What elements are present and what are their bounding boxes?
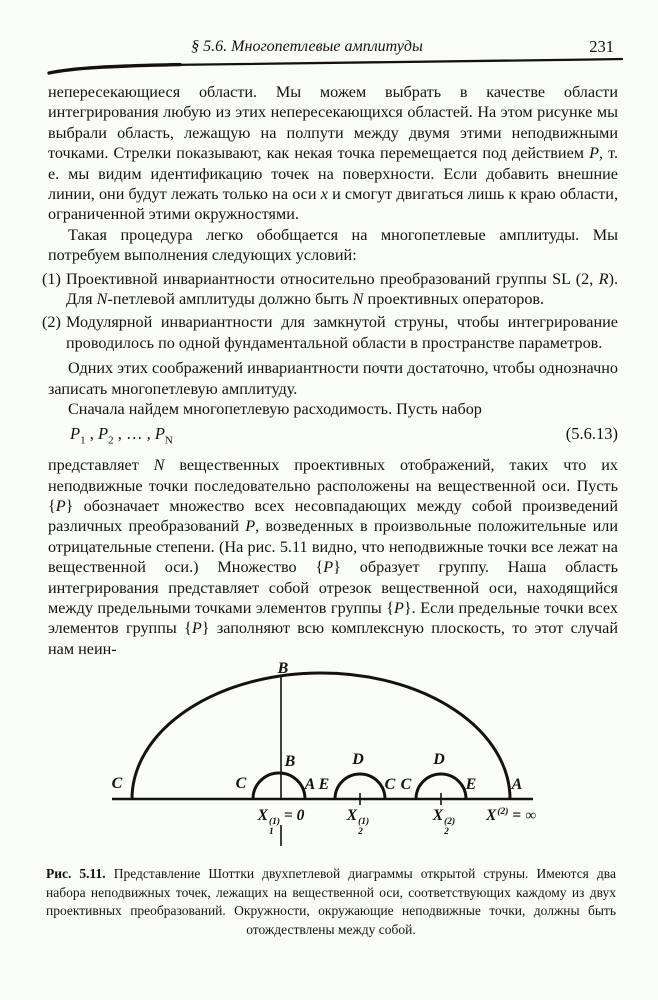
figure-label-c2-left: E (319, 777, 330, 793)
equation-5-6-13: P1 , P2 , … , PN (5.6.13) (48, 424, 618, 451)
header-rule-flourish (49, 65, 180, 73)
math-var: X (433, 807, 443, 824)
figure-label-c1-left: C (236, 776, 247, 792)
figure-label-c1-top: B (285, 754, 296, 770)
math-var: P (394, 599, 404, 617)
figure-label-c3-top: D (433, 752, 445, 768)
math-subsup: (1)1 (269, 818, 280, 838)
math-var: P (98, 424, 108, 443)
page-header: § 5.6. Многопетлевые амплитуды 231 (0, 0, 658, 76)
figure-label-arc-left: C (112, 776, 123, 792)
figure-label-c2-top: D (352, 752, 364, 768)
list-item-text: Модулярной инвариантности для замкнутой … (66, 312, 618, 353)
math-sup: (2) (497, 807, 508, 817)
figure-label-c1-right: A (305, 777, 316, 793)
caption-text: Представление Шоттки двухпетлевой диагра… (46, 866, 616, 937)
book-page: § 5.6. Многопетлевые амплитуды 231 непер… (0, 0, 658, 1000)
text-run: , (86, 424, 98, 443)
axis-label-x1: X(1)1 = 0 (258, 807, 305, 838)
figure-label-arc-right: A (512, 777, 523, 793)
math-var: N (353, 290, 364, 308)
text-run: Проективной инвариантности относительно … (66, 270, 599, 288)
math-sub: 2 (358, 828, 363, 838)
body-text: непересекающиеся области. Мы можем выбра… (48, 82, 618, 659)
figure-5-11: C B A C B A E D C C D E X(1)1 = 0 X(1)2 … (0, 663, 658, 855)
paragraph-3: Одних этих соображений инвариантности по… (48, 358, 618, 399)
axis-label-eq: = ∞ (508, 807, 536, 824)
text-run: , … , (114, 424, 155, 443)
list-marker: (1) (42, 269, 66, 310)
text-run: представляет (48, 456, 154, 474)
axis-label-x2: X(1)2 (347, 807, 369, 838)
header-rule (0, 0, 658, 78)
math-var: R (599, 270, 609, 288)
math-var: P (192, 619, 202, 637)
axis-label-x4: X(2) = ∞ (486, 807, 536, 824)
math-var: X (347, 807, 357, 824)
list-item-1: (1) Проективной инвариантности относител… (48, 269, 618, 310)
text-run: Модулярной инвариантности для замкнутой … (66, 313, 618, 351)
figure-drawing (0, 663, 658, 855)
math-var: X (486, 807, 496, 824)
figure-label-arc-top: B (278, 661, 289, 677)
math-subsup: (1)2 (358, 818, 369, 838)
math-var: P (155, 424, 165, 443)
axis-label-eq: = 0 (280, 807, 304, 824)
math-var: X (258, 807, 268, 824)
math-var: P (589, 144, 599, 162)
math-var: P (245, 517, 255, 535)
math-sub: 1 (269, 828, 274, 838)
small-semicircle-1 (253, 773, 305, 799)
figure-label-c3-left: C (401, 777, 412, 793)
figure-caption: Рис. 5.11. Представление Шоттки двухпетл… (46, 865, 616, 939)
math-sub: N (165, 434, 173, 446)
paragraph-4: Сначала найдем многопетлевую расходимост… (48, 399, 618, 419)
math-var: P (56, 497, 66, 515)
figure-label-c3-right: E (466, 777, 477, 793)
math-var: N (154, 456, 165, 474)
list-marker: (2) (42, 312, 66, 353)
equation-expression: P1 , P2 , … , PN (70, 424, 173, 451)
text-run: -петлевой амплитуды должно быть (107, 290, 352, 308)
math-sub: 2 (444, 828, 449, 838)
text-run: проективных операторов. (363, 290, 544, 308)
math-var: N (97, 290, 108, 308)
math-subsup: (2)2 (444, 818, 455, 838)
paragraph-2: Такая процедура легко обобщается на мног… (48, 225, 618, 266)
list-item-2: (2) Модулярной инвариантности для замкну… (48, 312, 618, 353)
caption-label: Рис. 5.11. (46, 866, 106, 881)
equation-number: (5.6.13) (566, 424, 618, 444)
list-item-text: Проективной инвариантности относительно … (66, 269, 618, 310)
math-var: x (321, 185, 328, 203)
paragraph-1: непересекающиеся области. Мы можем выбра… (48, 82, 618, 225)
figure-label-c2-right: C (385, 777, 396, 793)
math-var: P (323, 558, 333, 576)
text-run: непересекающиеся области. Мы можем выбра… (48, 83, 618, 162)
paragraph-5: представляет N вещественных проективных … (48, 455, 618, 659)
axis-label-x3: X(2)2 (433, 807, 455, 838)
math-var: P (70, 424, 80, 443)
